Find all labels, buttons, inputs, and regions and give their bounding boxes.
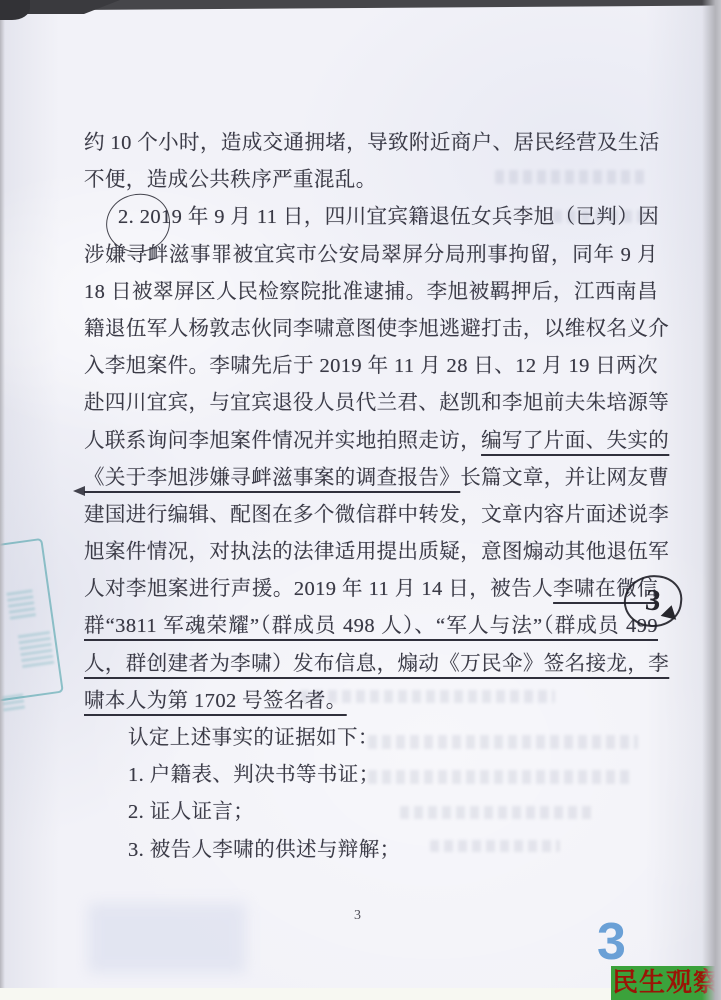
handwritten-number: 3	[644, 583, 662, 618]
text-run: 不便，造成公共秩序严重混乱。	[84, 169, 377, 191]
scan-edge-right	[702, 0, 721, 1000]
text-run: 1. 户籍表、判决书等书证；	[128, 764, 380, 786]
text-line: 18 日被翠屏区人民检察院批准逮捕。李旭被羁押后，江西南昌	[84, 274, 658, 311]
text-line: 人，群创建者为李啸）发布信息，煽动《万民伞》签名接龙，李	[84, 646, 658, 683]
text-run: 建国进行编辑、配图在多个微信群中转发，文章内容片面述说李	[84, 504, 669, 526]
underlined-text-run: 啸本人为第 1702 号签名者。	[84, 690, 347, 712]
text-run: 2. 证人证言；	[128, 801, 254, 823]
text-run: 约 10 个小时，造成交通拥堵，导致附近商户、居民经营及生活	[84, 132, 660, 154]
underline-left-arrow-icon	[73, 486, 85, 496]
text-line: 入李旭案件。李啸先后于 2019 年 11 月 28 日、12 月 19 日两次	[84, 348, 658, 385]
text-run: 长篇文章，并让网友曹	[460, 467, 669, 489]
text-run: 人对李旭案进行声援。2019 年 11 月 14 日，被告人	[84, 578, 553, 600]
text-line: 人联系询问李旭案件情况并实地拍照走访，编写了片面、失实的	[84, 423, 658, 460]
underlined-text-run: 人，群创建者为李啸）发布信息，煽动《万民伞》签名接龙，李	[84, 653, 669, 675]
document-lines: 约 10 个小时，造成交通拥堵，导致附近商户、居民经营及生活不便，造成公共秩序严…	[84, 125, 658, 869]
text-line: 旭案件情况，对执法的法律适用提出质疑，意图煽动其他退伍军	[84, 534, 658, 571]
text-run: 旭案件情况，对执法的法律适用提出质疑，意图煽动其他退伍军	[84, 541, 669, 563]
corner-exhibit-number: 3	[597, 916, 626, 968]
text-run: 认定上述事实的证据如下：	[128, 727, 379, 749]
text-line: 《关于李旭涉嫌寻衅滋事案的调查报告》长篇文章，并让网友曹	[84, 460, 658, 497]
scan-edge-bottom	[0, 988, 612, 1000]
underlined-text-run: 编写了片面、失实的	[481, 430, 669, 452]
text-line: 3. 被告人李啸的供述与辩解；	[84, 832, 658, 869]
text-line: 籍退伍军人杨敦志伙同李啸意图使李旭逃避打击，以维权名义介	[84, 311, 658, 348]
text-line: 不便，造成公共秩序严重混乱。	[84, 162, 658, 199]
text-line: 约 10 个小时，造成交通拥堵，导致附近商户、居民经营及生活	[84, 125, 658, 162]
text-run: 涉嫌寻衅滋事罪被宜宾市公安局翠屏分局刑事拘留，同年 9 月	[84, 244, 658, 266]
underlined-text-run: 群“3811 军魂荣耀”（群成员 498 人）、“军人与法”（群成员 499	[84, 615, 658, 637]
stamp-characters-mark	[18, 630, 54, 668]
text-line: 认定上述事实的证据如下：	[84, 720, 658, 757]
text-run: 2. 2019 年 9 月 11 日，四川宜宾籍退伍女兵李旭（已判）因	[118, 206, 659, 228]
text-line: 人对李旭案进行声援。2019 年 11 月 14 日，被告人李啸在微信	[84, 571, 658, 608]
page-number: 3	[354, 908, 361, 924]
scan-corner-blob	[0, 0, 30, 20]
text-run: 3. 被告人李啸的供述与辩解；	[128, 839, 401, 861]
text-line: 2. 证人证言；	[84, 794, 658, 831]
text-run: 入李旭案件。李啸先后于 2019 年 11 月 28 日、12 月 19 日两次	[84, 355, 658, 377]
scan-edge-left	[0, 0, 5, 1000]
text-line: 2. 2019 年 9 月 11 日，四川宜宾籍退伍女兵李旭（已判）因	[84, 199, 658, 236]
text-run: 18 日被翠屏区人民检察院批准逮捕。李旭被羁押后，江西南昌	[84, 281, 658, 303]
text-line: 群“3811 军魂荣耀”（群成员 498 人）、“军人与法”（群成员 499	[84, 608, 658, 645]
scanned-document-page: 约 10 个小时，造成交通拥堵，导致附近商户、居民经营及生活不便，造成公共秩序严…	[0, 0, 721, 1000]
scan-smudge	[88, 903, 246, 973]
text-line: 1. 户籍表、判决书等书证；	[84, 757, 658, 794]
text-run: 赴四川宜宾，与宜宾退役人员代兰君、赵凯和李旭前夫朱培源等	[84, 392, 669, 414]
text-line: 建国进行编辑、配图在多个微信群中转发，文章内容片面述说李	[84, 497, 658, 534]
text-line: 啸本人为第 1702 号签名者。	[84, 683, 658, 720]
text-line: 赴四川宜宾，与宜宾退役人员代兰君、赵凯和李旭前夫朱培源等	[84, 385, 658, 422]
text-line: 涉嫌寻衅滋事罪被宜宾市公安局翠屏分局刑事拘留，同年 9 月	[84, 237, 658, 274]
underlined-text-run: 《关于李旭涉嫌寻衅滋事案的调查报告》	[84, 467, 460, 489]
stamp-characters-mark	[6, 586, 36, 619]
text-run: 籍退伍军人杨敦志伙同李啸意图使李旭逃避打击，以维权名义介	[84, 318, 669, 340]
text-run: 人联系询问李旭案件情况并实地拍照走访，	[84, 430, 481, 452]
